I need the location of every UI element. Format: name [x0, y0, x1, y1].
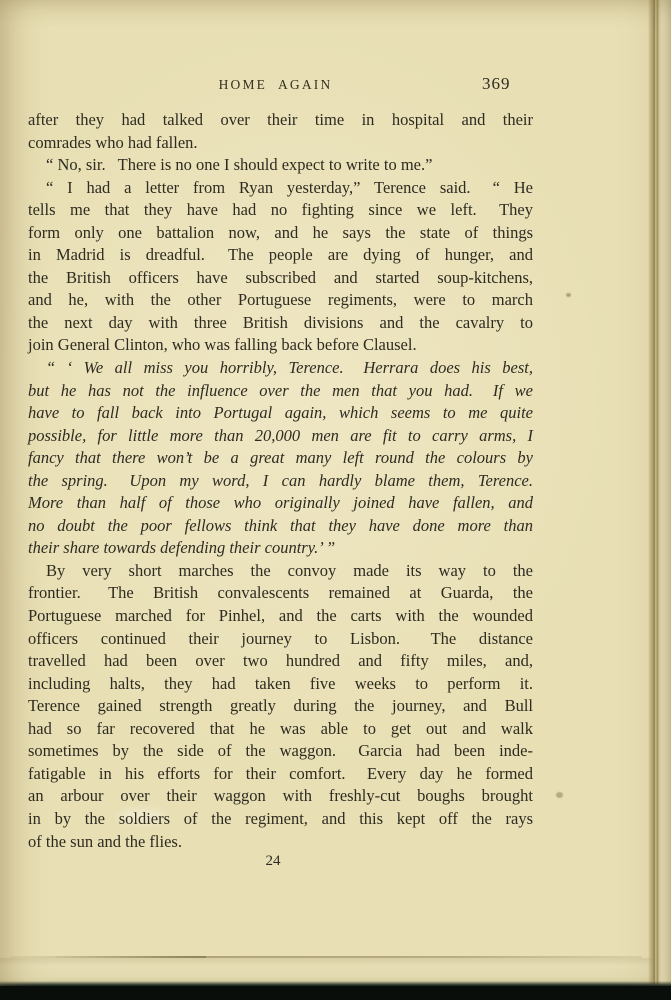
text-line: fatigable in his efforts for their comfo…	[28, 763, 533, 786]
text-line: “ No, sir. There is no one I should expe…	[28, 154, 533, 177]
text-block: after they had talked over their time in…	[28, 109, 533, 853]
text-line: More than half of those who originally j…	[28, 492, 533, 515]
body-paragraph: “ No, sir. There is no one I should expe…	[28, 154, 533, 177]
text-line: officers continued their journey to Lisb…	[28, 628, 533, 651]
text-line: in by the soldiers of the regiment, and …	[28, 808, 533, 831]
text-line: of the sun and the flies.	[28, 831, 533, 854]
text-line: sometimes by the side of the waggon. Gar…	[28, 740, 533, 763]
text-line: after they had talked over their time in…	[28, 109, 533, 132]
page-edge-line	[56, 956, 206, 958]
text-line: their share towards defending their coun…	[28, 537, 533, 560]
text-line: but he has not the influence over the me…	[28, 380, 533, 403]
text-line: and he, with the other Portuguese regime…	[28, 289, 533, 312]
text-line: Terence gained strength greatly during t…	[28, 695, 533, 718]
text-line: join General Clinton, who was falling ba…	[28, 334, 533, 357]
text-line: tells me that they have had no fighting …	[28, 199, 533, 222]
text-line: “ ‘ We all miss you horribly, Terence. H…	[28, 357, 533, 380]
text-line: Portuguese marched for Pinhel, and the c…	[28, 605, 533, 628]
text-line: an arbour over their waggon with freshly…	[28, 785, 533, 808]
text-line: frontier. The British convalescents rema…	[28, 582, 533, 605]
page-number-folio: 369	[482, 74, 511, 94]
ink-speck	[556, 792, 563, 798]
text-line: in Madrid is dreadful. The people are dy…	[28, 244, 533, 267]
text-line: including halts, they had taken five wee…	[28, 673, 533, 696]
text-line: form only one battalion now, and he says…	[28, 222, 533, 245]
body-paragraph: after they had talked over their time in…	[28, 109, 533, 154]
text-line: comrades who had fallen.	[28, 132, 533, 155]
text-line: “ I had a letter from Ryan yesterday,” T…	[28, 177, 533, 200]
running-title: HOME AGAIN	[28, 77, 523, 93]
body-paragraph: By very short marches the convoy made it…	[28, 560, 533, 853]
text-line: possible, for little more than 20,000 me…	[28, 425, 533, 448]
text-line: had so far recovered that he was able to…	[28, 718, 533, 741]
text-line: no doubt the poor fellows think that the…	[28, 515, 533, 538]
body-paragraph: “ I had a letter from Ryan yesterday,” T…	[28, 177, 533, 357]
text-line: By very short marches the convoy made it…	[28, 560, 533, 583]
page-gutter-seam	[648, 0, 661, 986]
text-line: travelled had been over two hundred and …	[28, 650, 533, 673]
text-line: the British officers have subscribed and…	[28, 267, 533, 290]
text-line: the next day with three British division…	[28, 312, 533, 335]
scan-black-border	[0, 986, 671, 1000]
signature-mark: 24	[28, 853, 518, 870]
text-line: have to fall back into Portugal again, w…	[28, 402, 533, 425]
text-line: fancy that there won’t be a great many l…	[28, 447, 533, 470]
ink-speck	[566, 293, 571, 297]
book-page-scan: HOME AGAIN 369 after they had talked ove…	[0, 0, 671, 1000]
text-line: the spring. Upon my word, I can hardly b…	[28, 470, 533, 493]
quoted-letter-paragraph: “ ‘ We all miss you horribly, Terence. H…	[28, 357, 533, 560]
